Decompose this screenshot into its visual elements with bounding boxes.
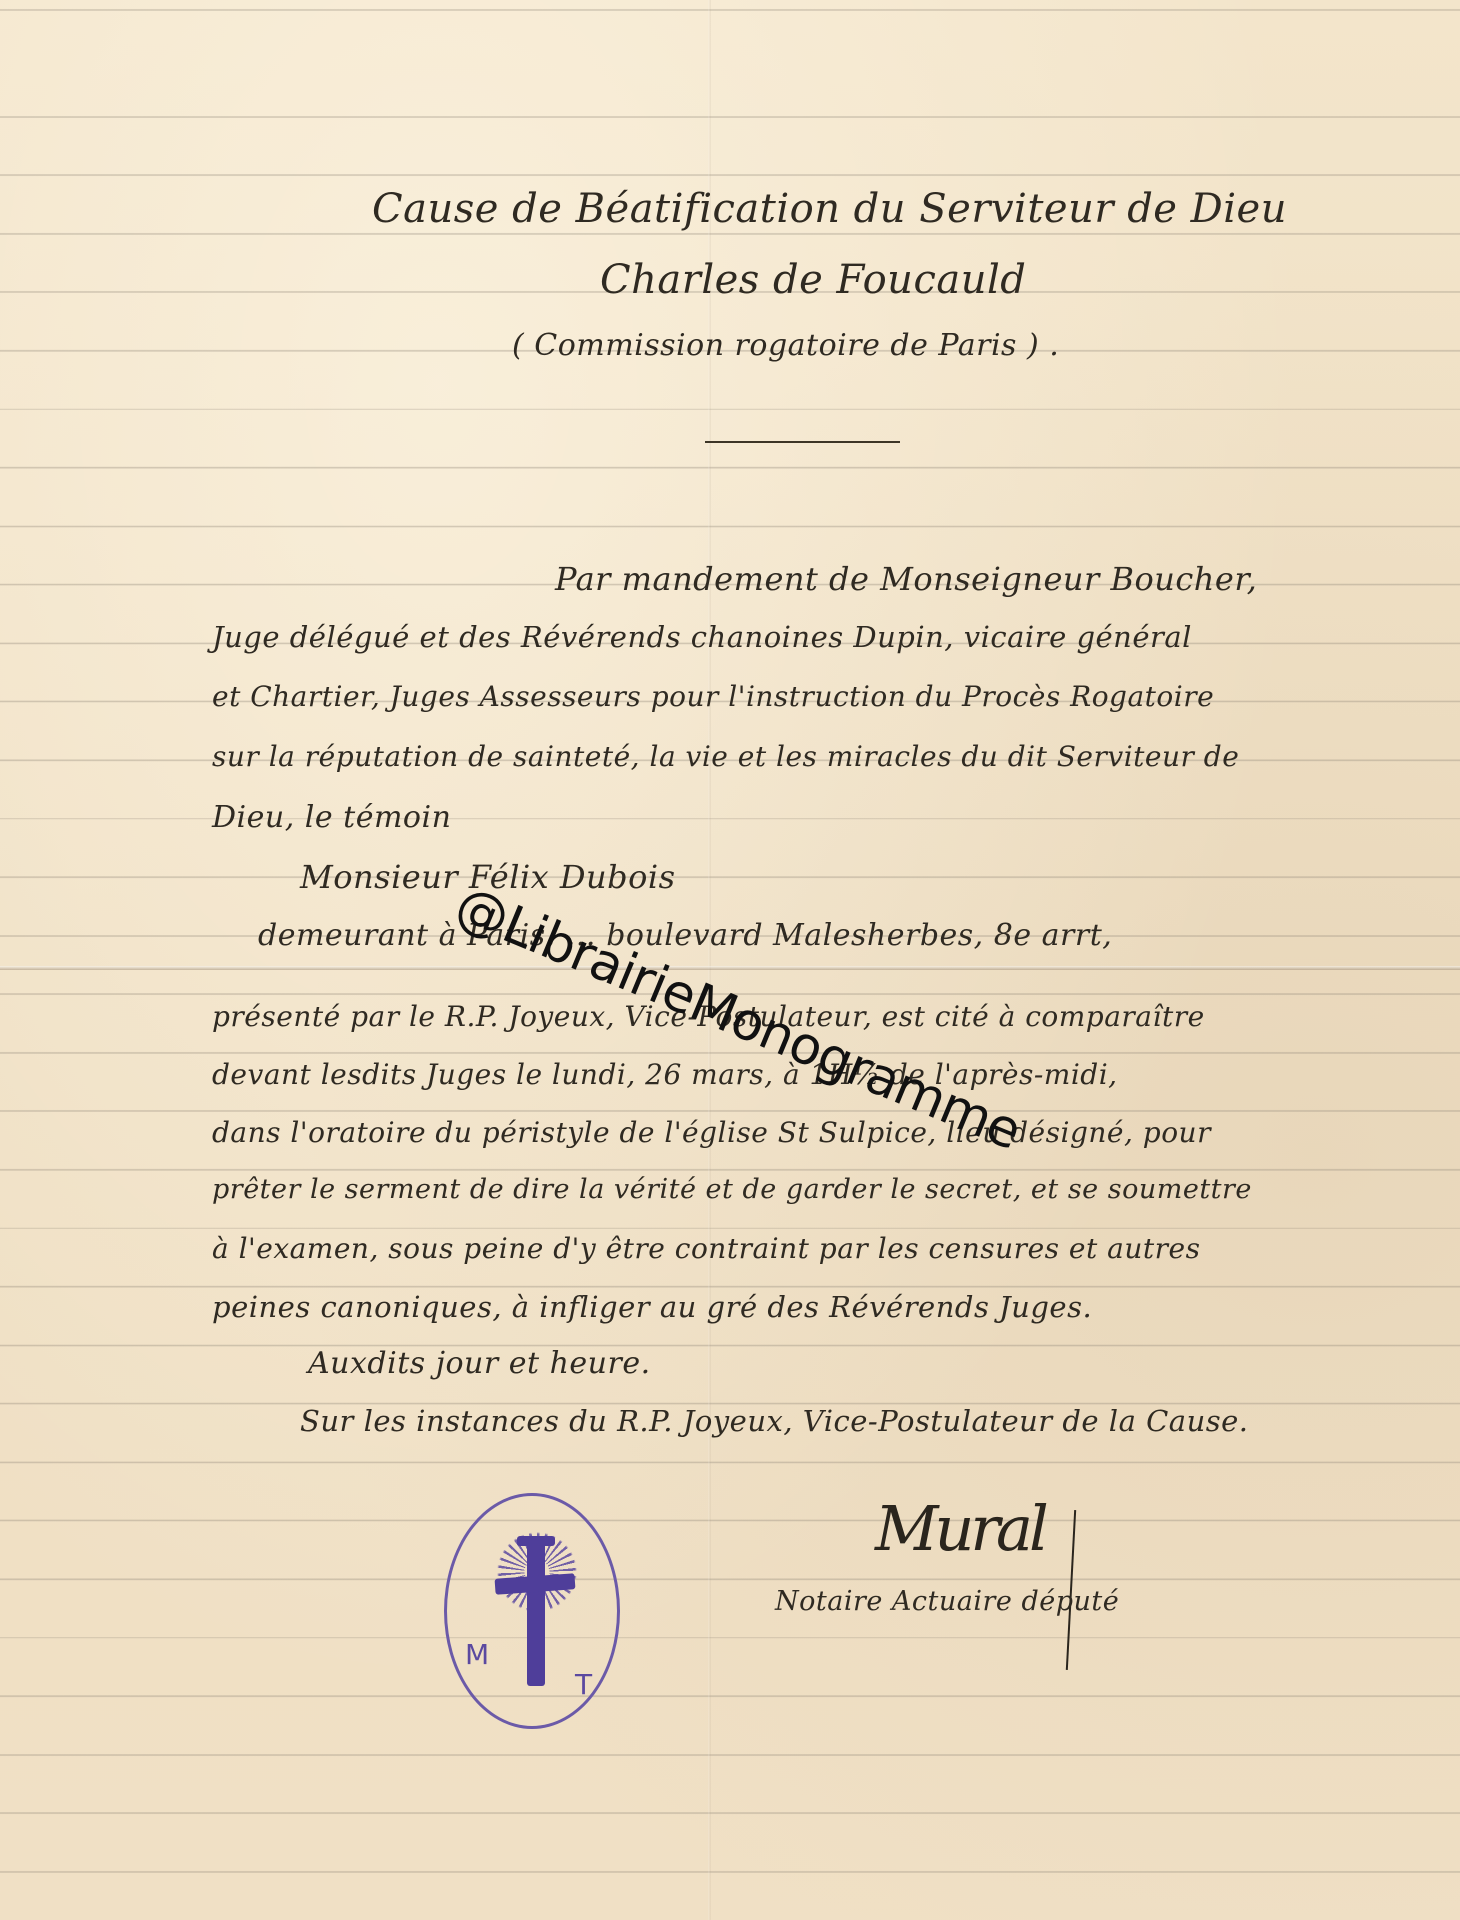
body-line-4: sur la réputation de sainteté, la vie et… xyxy=(212,740,1239,773)
witness-address: demeurant à Paris, … boulevard Malesherb… xyxy=(258,918,1112,953)
title-line-3: ( Commission rogatoire de Paris ) . xyxy=(512,328,1059,363)
cross-icon xyxy=(527,1536,545,1686)
closing-line-2: Sur les instances du R.P. Joyeux, Vice-P… xyxy=(300,1404,1249,1438)
body-line-1: Par mandement de Monseigneur Boucher, xyxy=(555,560,1257,598)
body-line-12: à l'examen, sous peine d'y être contrain… xyxy=(212,1232,1200,1265)
body-line-10: dans l'oratoire du péristyle de l'église… xyxy=(212,1116,1211,1149)
body-line-3: et Chartier, Juges Assesseurs pour l'ins… xyxy=(212,680,1214,713)
title-line-2: Charles de Foucauld xyxy=(600,257,1026,303)
signature: Mural xyxy=(875,1492,1045,1565)
body-line-2: Juge délégué et des Révérends chanoines … xyxy=(212,620,1192,654)
title-separator xyxy=(705,441,900,443)
title-line-1: Cause de Béatification du Serviteur de D… xyxy=(372,186,1287,232)
body-line-5: Dieu, le témoin xyxy=(212,800,451,835)
signature-role: Notaire Actuaire député xyxy=(775,1586,1119,1617)
body-line-11: prêter le serment de dire la vérité et d… xyxy=(212,1174,1252,1205)
stamp-letter-m: M xyxy=(465,1638,489,1671)
body-line-13: peines canoniques, à infliger au gré des… xyxy=(212,1290,1092,1324)
ink-stamp: M T xyxy=(444,1493,620,1729)
closing-line-1: Auxdits jour et heure. xyxy=(308,1346,651,1381)
horizontal-fold-crease xyxy=(0,966,1460,970)
stamp-letter-t: T xyxy=(575,1668,592,1701)
